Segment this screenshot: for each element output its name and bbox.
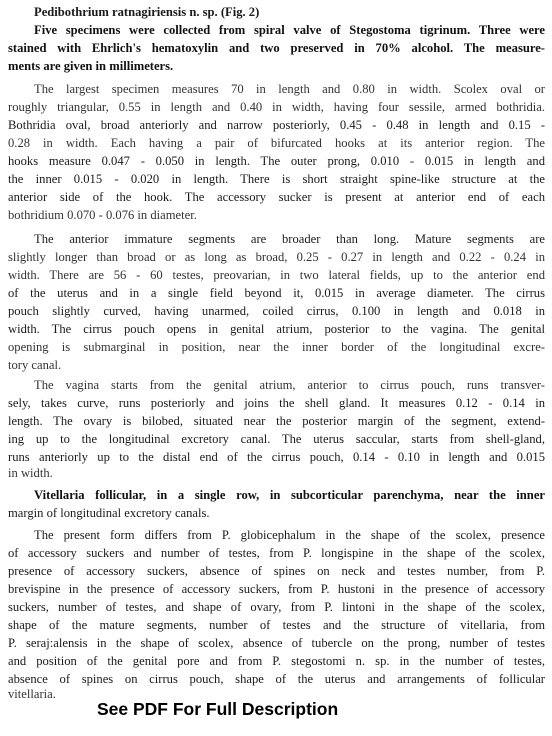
text-line: Bothridia oval, broad anteriorly and nar… <box>8 117 545 134</box>
text-line: the inner 0.015 - 0.020 in length. There… <box>8 171 545 188</box>
text-line: bothridium 0.070 - 0.076 in diameter. <box>8 207 545 224</box>
text-line: opening is submarginal in position, near… <box>8 339 545 356</box>
text-line: suckers, number of testes, and shape of … <box>8 599 545 616</box>
text-line: brevispine in the presence of accessory … <box>8 581 545 598</box>
text-line: hooks measure 0.047 - 0.050 in length. T… <box>8 153 545 170</box>
text-line: 0.28 in width. Each having a pair of bif… <box>8 135 545 152</box>
text-line: length. The ovary is bilobed, situated n… <box>8 413 545 430</box>
text-line: The vagina starts from the genital atriu… <box>34 377 545 394</box>
text-line: shape of the mature segments, number of … <box>8 617 545 634</box>
text-line: The anterior immature segments are broad… <box>34 231 545 248</box>
text-line: stained with Ehrlich's hematoxylin and t… <box>8 40 545 57</box>
see-pdf-link[interactable]: See PDF For Full Description <box>97 699 338 720</box>
text-line: margin of longitudinal excretory canals. <box>8 505 545 522</box>
text-line: of the uterus and in a single field beyo… <box>8 285 545 302</box>
text-line: Five specimens were collected from spira… <box>34 22 545 39</box>
text-line: and position of the genital pore and fro… <box>8 653 545 670</box>
text-line: in width. <box>8 465 545 482</box>
text-line: tory canal. <box>8 357 545 374</box>
text-line: ments are given in millimeters. <box>8 58 545 75</box>
text-line: The largest specimen measures 70 in leng… <box>34 81 545 98</box>
scanned-document-page: Pedibothrium ratnagiriensis n. sp. (Fig.… <box>0 0 552 736</box>
text-line: P. seraj:alensis in the shape of scolex,… <box>8 635 545 652</box>
text-line: The present form differs from P. globice… <box>34 527 545 544</box>
text-line: width. The cirrus pouch opens in genital… <box>8 321 545 338</box>
text-line: Vitellaria follicular, in a single row, … <box>34 487 545 504</box>
species-heading: Pedibothrium ratnagiriensis n. sp. (Fig.… <box>34 4 259 21</box>
text-line: ing up to the longitudinal excretory can… <box>8 431 545 448</box>
text-line: pouch slightly curved, having unarmed, c… <box>8 303 545 320</box>
text-line: anterior side of the hook. The accessory… <box>8 189 545 206</box>
text-line: sely, takes curve, runs posteriorly and … <box>8 395 545 412</box>
text-line: presence of accessory suckers, absence o… <box>8 563 545 580</box>
text-line: runs anteriorly up to the distal end of … <box>8 449 545 466</box>
text-line: slightly longer than broad or as long as… <box>8 249 545 266</box>
text-line: roughly triangular, 0.55 in length and 0… <box>8 99 545 116</box>
text-line: of accessory suckers and number of teste… <box>8 545 545 562</box>
text-line: width. There are 56 - 60 testes, preovar… <box>8 267 545 284</box>
